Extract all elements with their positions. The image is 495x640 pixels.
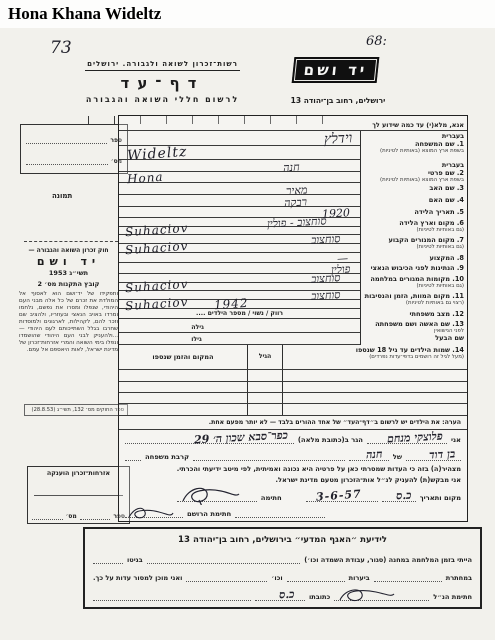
declarant-row: אני פלוצקי מנחם הגר ב(כתובת מלאה) כפר־סב… xyxy=(119,430,467,447)
field-label: תאריך הלידה xyxy=(414,208,454,216)
entry-line[interactable]: רבקה xyxy=(119,195,360,207)
form-row-wartime-residence: 10. מקומות המגורים במלחמה (גם באותיות לט… xyxy=(119,274,467,291)
form-header: רשות־זכרון לשואה ולגבורה. ירושלים דף־עד … xyxy=(85,60,240,104)
field-label: שם האשה ושם משפחתה xyxy=(375,320,450,328)
children-note: הערה: את הילדים יש לרשום ב״דף־העד״ של אח… xyxy=(119,415,467,430)
handwritten-date: 3-6-57 xyxy=(315,487,362,503)
footer-line-signature: חתימת הנ״ל כתובתו כ.ס xyxy=(93,591,472,601)
field-number: 14. xyxy=(452,346,464,354)
form-row-wife-name: 13. שם האשה ושם משפחתה לפני הנישואין גיל… xyxy=(119,319,467,332)
field-number: 2. xyxy=(457,169,464,177)
place-time-column-header: המקום והזמן שנספו xyxy=(119,345,247,361)
entry-line[interactable]: רווק / נשוי / מספר הילדים .... xyxy=(119,309,360,320)
hebrew-lang-label: בעברית xyxy=(364,161,464,169)
registrar-line[interactable] xyxy=(235,508,325,518)
children-empty-row[interactable] xyxy=(119,404,467,414)
form-row-marital-status: 12. מצב משפחתי רווק / נשוי / מספר הילדים… xyxy=(119,309,467,320)
form-row-residence: 7. מקום המגורים הקבוע (גם באותיות לטיניו… xyxy=(119,235,467,252)
law-reference: קובץ התקנות מס׳ 2 xyxy=(19,280,118,288)
form-subtitle: לרשום חללי השואה והגבורה xyxy=(85,95,240,104)
footer-signature-field[interactable] xyxy=(334,591,429,601)
field-sublabel: (גם באותיות לטיניות) xyxy=(364,244,464,250)
entry-line[interactable]: גילה xyxy=(119,319,360,332)
etc-label: וכו׳ xyxy=(271,574,282,582)
relation-extra-line[interactable] xyxy=(193,451,345,461)
handwritten-victim-name: חנה xyxy=(366,448,383,462)
field-number: 3. xyxy=(457,184,464,192)
handwritten-corner-mark: 68: xyxy=(366,34,387,49)
entry-line[interactable]: Suhaciov xyxy=(119,244,360,253)
field-number: 10. xyxy=(452,275,464,283)
handwritten-place: כ.ס xyxy=(396,488,412,502)
footer-line-underground: במחתרת ביערות וכו׳ ואני מוכן למסור עדות … xyxy=(93,572,472,582)
children-empty-row[interactable] xyxy=(119,382,467,393)
footer-signature-label: חתימת הנ״ל xyxy=(433,593,472,601)
law-sidebar: חוק זכרון השואה והגבורה — יד ושם תשי״ג 1… xyxy=(19,247,118,354)
victim-name-field[interactable]: חנה xyxy=(349,451,389,461)
entry-line[interactable]: מאיר xyxy=(119,183,360,195)
photo-label: תמונה xyxy=(52,192,72,200)
law-heading: חוק זכרון השואה והגבורה — xyxy=(19,247,118,254)
form-row-place-of-death: 11. מקום המוות, הזמן והנסיבות (רצוי גם ב… xyxy=(119,291,467,308)
resides-label: הגר ב(כתובת מלאה) xyxy=(298,436,363,444)
children-empty-row[interactable] xyxy=(119,370,467,381)
registry-book-line: ספר xyxy=(26,136,122,144)
registry-book-field xyxy=(26,136,107,144)
children-table: 14. שמות הילדים עד גיל 18 שנספו (מעל לגי… xyxy=(119,345,467,414)
citizenship-book-field xyxy=(80,512,111,520)
field-label: שם האם xyxy=(429,196,455,204)
ghetto-field[interactable] xyxy=(93,554,123,564)
margin-divider xyxy=(24,241,118,242)
field-number: 9. xyxy=(457,264,464,272)
registry-number-line: מס׳ xyxy=(26,157,122,165)
forests-label: ביערות xyxy=(349,574,370,582)
form-title: דף־עד xyxy=(85,74,240,92)
witness-signature-scribble xyxy=(179,485,241,505)
age-column-header: הגיל xyxy=(248,345,282,360)
form-row-first-name: בעברית 2. שם פרטי בשפת ארץ המוצא (באותיו… xyxy=(119,160,467,183)
footer-tail-line[interactable] xyxy=(93,591,251,601)
handwritten-footer-address: כ.ס xyxy=(279,587,295,601)
citizenship-book-line: ספר מס׳ xyxy=(32,512,125,520)
entry-line[interactable]: וידלץ xyxy=(119,131,360,145)
footer-address-label: כתובתו xyxy=(309,593,330,601)
testimony-form: אנא, מלא(י) עד כמה שידוע לך בעברית 1. שם… xyxy=(118,115,468,522)
field-sublabel: (רצוי גם באותיות לטיניות) xyxy=(364,300,464,306)
registrar-signature-scribble xyxy=(127,505,175,521)
form-row-birth-place: 6. מקום וארץ הלידה (גם באותיות לטיניות) … xyxy=(119,218,467,235)
i-label: אני xyxy=(451,436,461,444)
field-label: מקומות המגורים במלחמה xyxy=(370,275,450,283)
citizenship-box-line xyxy=(34,494,123,496)
law-source-note: ספר החוקים מס׳ 132, תשי״ג (28.8.53) xyxy=(24,404,128,416)
registrar-signature-field[interactable] xyxy=(125,508,183,518)
field-label: שם הבעל xyxy=(435,334,464,342)
marital-status-options: רווק / נשוי / מספר הילדים .... xyxy=(119,310,360,317)
field-number: 12. xyxy=(452,310,464,318)
declaration-text: מצהיר(ה) בזה כי העדות שמסרתי כאן על פרטי… xyxy=(119,464,467,475)
yad-vashem-logo: יד ושם xyxy=(292,57,380,83)
field-label: מקום המגורים הקבוע xyxy=(388,236,454,244)
entry-line[interactable]: Wideltz xyxy=(119,146,360,160)
field-number: 7. xyxy=(457,236,464,244)
handwritten-relation: בן דוד xyxy=(429,447,456,461)
field-sublabel: (גם באותיות לטיניות) xyxy=(364,227,464,233)
camp-field[interactable] xyxy=(147,554,301,564)
citizenship-box-title: אזרחות־זכרון הוענקה xyxy=(32,470,125,477)
field-label: מקום המוות, הזמן והנסיבות xyxy=(365,292,450,300)
field-label: המקצוע xyxy=(429,254,454,262)
signature-field[interactable] xyxy=(177,492,257,502)
signature-label: חתימה xyxy=(261,494,282,502)
forests-field[interactable] xyxy=(287,572,345,582)
camp-label: הייתי בזמן המלחמה במחנה (סגור, עבודת השמ… xyxy=(304,556,472,564)
field-sublabel: בשפת ארץ המוצא (באותיות לטיניות) xyxy=(364,177,464,183)
entry-line[interactable]: Hona xyxy=(119,172,360,184)
children-empty-row[interactable] xyxy=(119,393,467,404)
of-label: של xyxy=(393,453,402,461)
relation-tail-line[interactable] xyxy=(125,451,141,461)
form-row-citizenship: 9. הנתינות לפני הכיבוש הנאצי פולין xyxy=(119,263,467,274)
form-row-husband-name: שם הבעל גילו xyxy=(119,333,467,346)
form-row-mother-name: 4. שם האם רבקה xyxy=(119,195,467,207)
form-row-family-name: בעברית 1. שם המשפחה בשפת ארץ המוצא (באות… xyxy=(119,131,467,160)
children-label: שמות הילדים עד גיל 18 שנספו xyxy=(356,346,450,354)
field-number: 13. xyxy=(452,320,464,328)
field-number: 6. xyxy=(457,219,464,227)
field-sublabel: (גם באותיות לטיניות) xyxy=(364,283,464,289)
place-date-label: מקום ותאריך xyxy=(420,494,461,502)
registry-box: ספר מס׳ xyxy=(20,124,128,174)
declarant-address-field[interactable]: כפר־סבא שכון ה׳ 29 xyxy=(125,434,294,444)
request-text: אני מבקש(ת) להעניק לנ״ל אות־הזכרון מטעם … xyxy=(119,475,467,487)
entry-line[interactable]: — xyxy=(119,253,360,264)
form-instruction: אנא, מלא(י) עד כמה שידוע לך xyxy=(324,117,464,129)
citizenship-box: אזרחות־זכרון הוענקה ספר מס׳ xyxy=(27,466,130,524)
children-sublabel: (מעל לגיל זה רושמים בדפי־עדות נפרדים) xyxy=(286,354,464,360)
war-experience-box: לידיעת ״האגף המדעי״ בירושלים, רחוב בן־יה… xyxy=(83,527,482,609)
authority-line: רשות־זכרון לשואה ולגבורה. ירושלים xyxy=(85,60,240,71)
handwritten-declarant-address: כפר־סבא שכון ה׳ 29 xyxy=(193,429,288,447)
registry-number-field xyxy=(26,157,108,165)
underground-label: במחתרת xyxy=(446,574,472,582)
field-sublabel: בשפת ארץ המוצא (באותיות לטיניות) xyxy=(364,148,464,154)
relation-value-field[interactable]: בן דוד xyxy=(406,451,461,461)
registrar-label: חתימת הרושם xyxy=(187,510,231,518)
handwritten-declarant-name: פלוצקי מנחם xyxy=(387,430,443,446)
date-field[interactable]: 3-6-57 xyxy=(306,492,378,502)
her-age-label: גילה xyxy=(191,324,204,331)
citizenship-number-label: מס׳ xyxy=(66,513,77,520)
footer-box-heading: לידיעת ״האגף המדעי״ בירושלים, רחוב בן־יה… xyxy=(93,535,472,545)
his-age-label: גילו xyxy=(191,336,201,343)
field-label: מצב משפחתי xyxy=(410,310,450,318)
footer-address-field[interactable]: כ.ס xyxy=(255,591,305,601)
page-title: Hona Khana Wideltz xyxy=(8,4,161,24)
handwritten-page-number: 73 xyxy=(50,38,72,58)
hebrew-lang-label: בעברית xyxy=(364,132,464,140)
place-field[interactable]: כ.ס xyxy=(382,492,416,502)
field-label: מקום וארץ הלידה xyxy=(399,219,454,227)
field-number: 1. xyxy=(457,140,464,148)
field-label: שם המשפחה xyxy=(415,140,455,148)
underground-field[interactable] xyxy=(374,572,442,582)
relation-row: בן דוד של חנה קרבת משפחה xyxy=(119,447,467,463)
witness-statement: ואני מוכן למסור עדות על כך. xyxy=(93,574,182,582)
field-number: 8. xyxy=(457,254,464,262)
footer-signature-scribble xyxy=(336,586,396,604)
registrar-signature-row: חתימת הרושם xyxy=(119,505,467,521)
etc-field[interactable] xyxy=(186,572,267,582)
citizenship-number-field xyxy=(32,512,63,520)
form-row-father-name: 3. שם האב מאיר xyxy=(119,183,467,195)
footer-line-camp: הייתי בזמן המלחמה במחנה (סגור, עבודת השמ… xyxy=(93,554,472,564)
law-year: תשי״ג 1953 xyxy=(19,269,118,277)
form-row-profession: 8. המקצוע — xyxy=(119,253,467,264)
law-text: ותפקידו של יד־ושם הוא לאסוף אל המולדת את… xyxy=(19,291,118,354)
entry-line[interactable]: Suhaciov 1942 xyxy=(119,300,360,309)
field-number: 5. xyxy=(457,208,464,216)
field-label: שם פרטי xyxy=(428,169,455,177)
field-number: 4. xyxy=(457,196,464,204)
field-label: הנתינות לפני הכיבוש הנאצי xyxy=(371,264,455,272)
field-label: שם האב xyxy=(429,184,454,192)
entry-line[interactable]: גילו xyxy=(119,333,360,346)
form-instruction-row: אנא, מלא(י) עד כמה שידוע לך xyxy=(119,116,467,131)
declarant-name-field[interactable]: פלוצקי מנחם xyxy=(367,434,447,444)
place-date-signature-row: מקום ותאריך כ.ס 3-6-57 חתימה xyxy=(119,486,467,504)
ghetto-label: בגיטו xyxy=(127,556,143,564)
field-number: 11. xyxy=(452,292,464,300)
relation-label: קרבת משפחה xyxy=(145,453,189,461)
address-line: ירושלים, רחוב בן־יהודה 13 xyxy=(283,96,393,105)
law-name: יד ושם xyxy=(19,255,118,268)
